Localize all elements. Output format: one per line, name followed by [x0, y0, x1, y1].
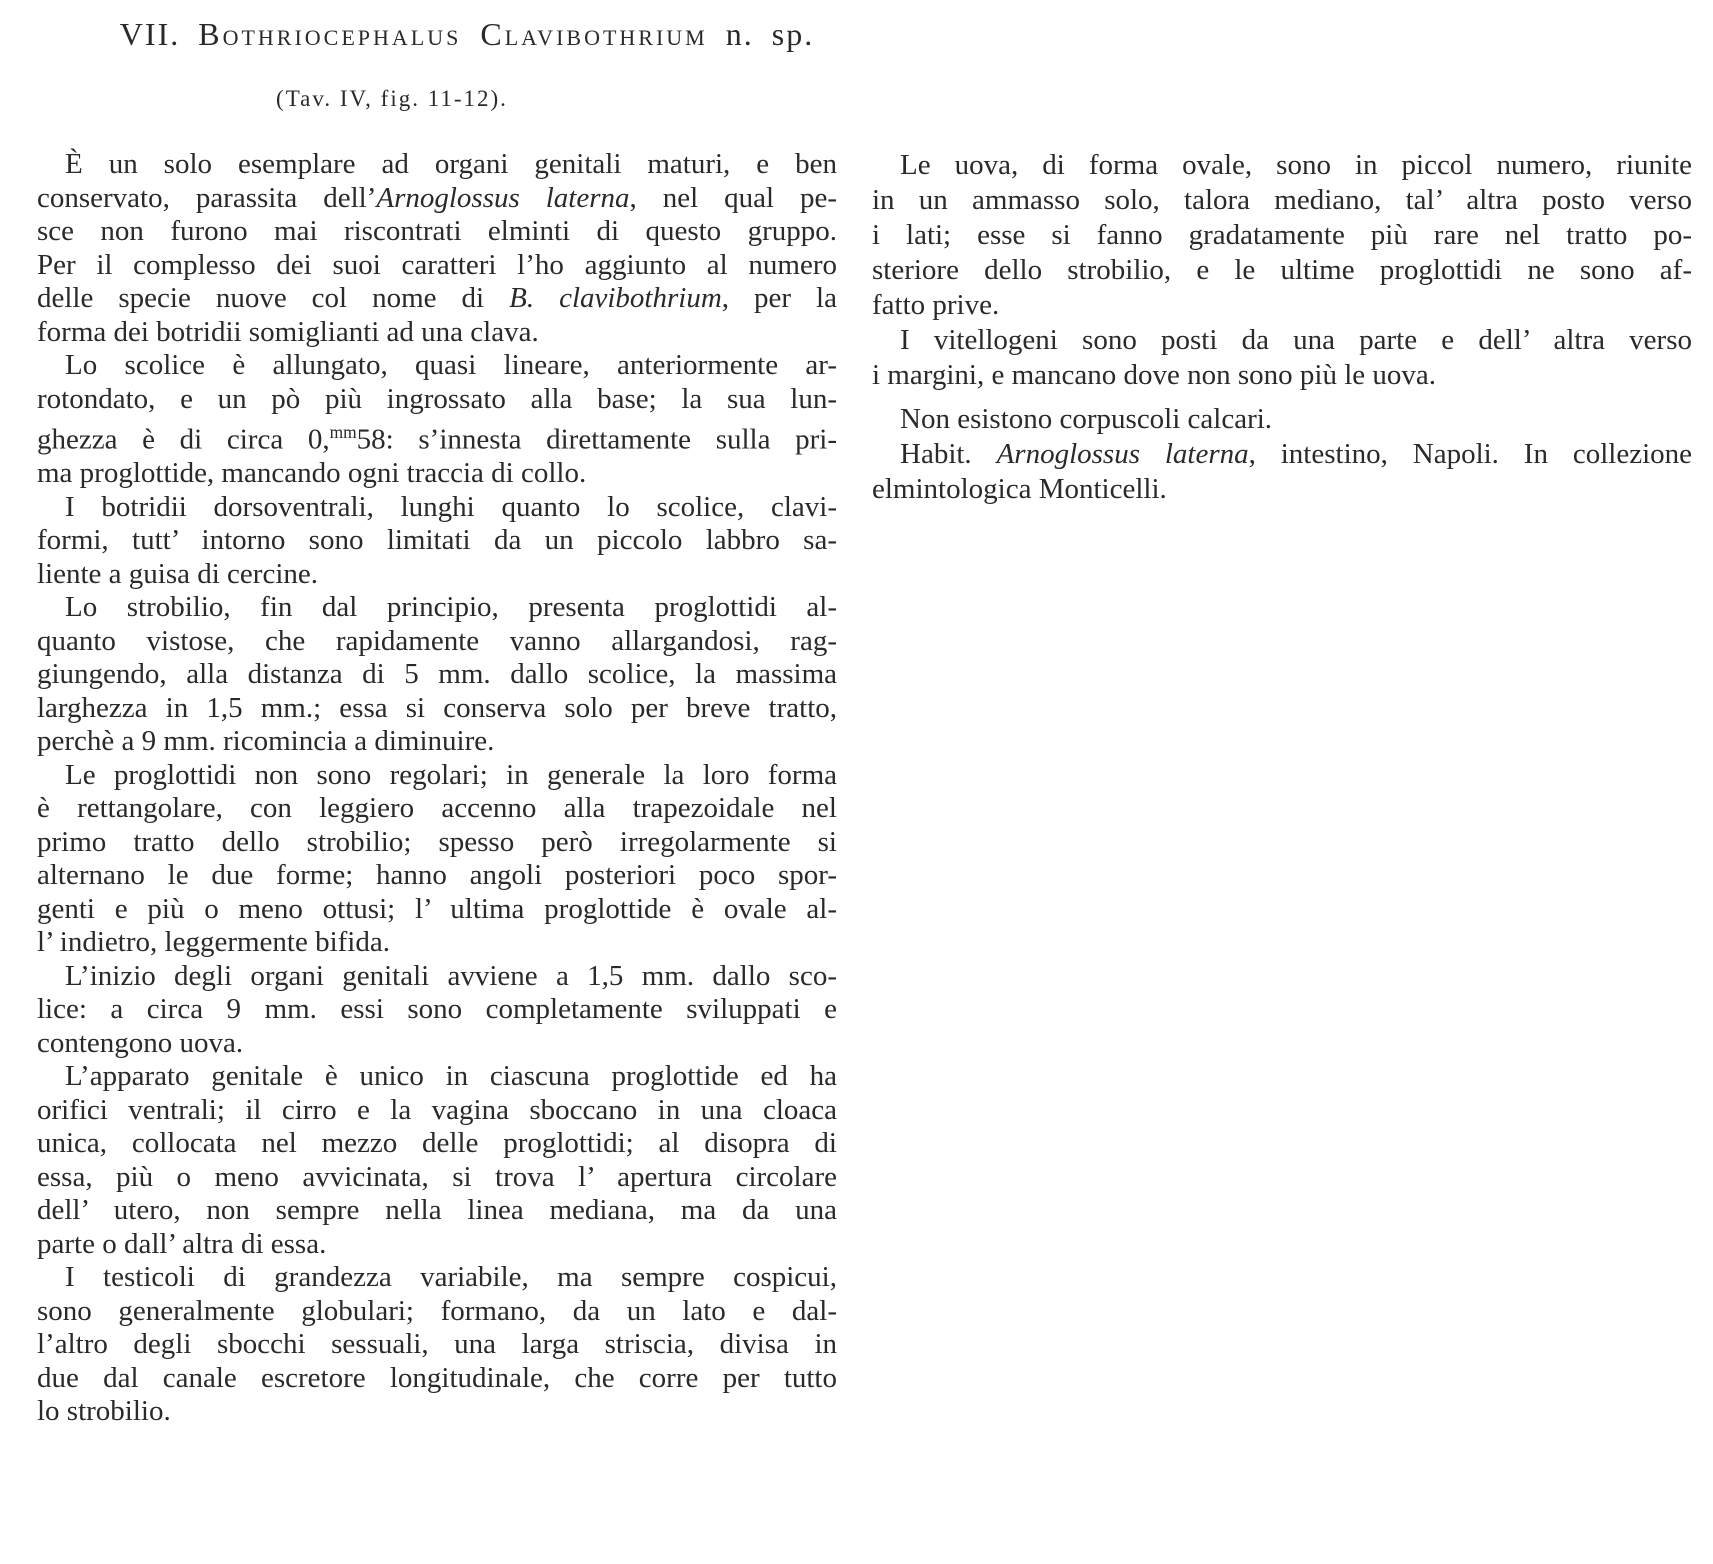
paragraph: I botridii dorsoventrali, lunghi quanto …: [37, 491, 837, 592]
text-line: giungendo, alla distanza di 5 mm. dallo …: [37, 658, 837, 692]
text-segment: alternano le due forme; hanno angoli pos…: [37, 859, 837, 891]
small-caps-taxon: Bothriocephalus Clavibothrium: [198, 16, 708, 52]
text-line: sce non furono mai riscontrati elminti d…: [37, 215, 837, 249]
paragraph: Lo scolice è allungato, quasi lineare, a…: [37, 349, 837, 491]
text-line: larghezza in 1,5 mm.; essa si conserva s…: [37, 692, 837, 726]
text-line: L’inizio degli organi genitali avviene a…: [37, 960, 837, 994]
text-line: lo strobilio.: [37, 1395, 837, 1429]
paragraph: I testicoli di grandezza variabile, ma s…: [37, 1261, 837, 1429]
text-segment: VII.: [120, 16, 198, 52]
text-line: è rettangolare, con leggiero accenno all…: [37, 792, 837, 826]
text-segment: lice: a circa 9 mm. essi sono completame…: [37, 993, 837, 1025]
text-segment: Non esistono corpuscoli calcari.: [900, 403, 1272, 435]
text-segment: , per la: [722, 282, 837, 314]
text-segment: L’apparato genitale è unico in ciascuna …: [65, 1060, 837, 1092]
text-line: alternano le due forme; hanno angoli pos…: [37, 859, 837, 893]
text-line: liente a guisa di cercine.: [37, 558, 837, 592]
text-segment: sono generalmente globulari; formano, da…: [37, 1295, 837, 1327]
text-segment: dell’ utero, non sempre nella linea medi…: [37, 1194, 837, 1226]
text-segment: giungendo, alla distanza di 5 mm. dallo …: [37, 658, 837, 690]
text-line: fatto prive.: [872, 288, 1692, 323]
text-segment: Lo strobilio, fin dal principio, present…: [65, 591, 837, 623]
text-line: formi, tutt’ intorno sono limitati da un…: [37, 524, 837, 558]
text-segment: primo tratto dello strobilio; spesso per…: [37, 826, 837, 858]
text-line: in un ammasso solo, talora mediano, tal’…: [872, 183, 1692, 218]
text-segment: I testicoli di grandezza variabile, ma s…: [65, 1261, 837, 1293]
text-segment: n. sp.: [708, 16, 814, 52]
text-segment: orifici ventrali; il cirro e la vagina s…: [37, 1094, 837, 1126]
paragraph: L’inizio degli organi genitali avviene a…: [37, 960, 837, 1061]
text-segment: genti e più o meno ottusi; l’ ultima pro…: [37, 893, 837, 925]
paragraph: Non esistono corpuscoli calcari.: [872, 402, 1692, 437]
text-segment: essa, più o meno avvicinata, si trova l’…: [37, 1161, 837, 1193]
text-line: Non esistono corpuscoli calcari.: [872, 402, 1692, 437]
text-line: I botridii dorsoventrali, lunghi quanto …: [37, 491, 837, 525]
text-segment: parte o dall’ altra di essa.: [37, 1228, 326, 1260]
text-segment: quanto vistose, che rapidamente vanno al…: [37, 625, 837, 657]
paragraph: Le proglottidi non sono regolari; in gen…: [37, 759, 837, 960]
text-line: l’altro degli sbocchi sessuali, una larg…: [37, 1328, 837, 1362]
text-line: genti e più o meno ottusi; l’ ultima pro…: [37, 893, 837, 927]
figure-reference: (Tav. IV, fig. 11-12).: [0, 86, 792, 112]
text-line: orifici ventrali; il cirro e la vagina s…: [37, 1094, 837, 1128]
text-line: perchè a 9 mm. ricomincia a diminuire.: [37, 725, 837, 759]
italic-species-name: Arnoglossus laterna: [376, 182, 629, 214]
text-segment: sce non furono mai riscontrati elminti d…: [37, 215, 837, 247]
text-line: parte o dall’ altra di essa.: [37, 1228, 837, 1262]
text-line: sono generalmente globulari; formano, da…: [37, 1295, 837, 1329]
text-line: Le proglottidi non sono regolari; in gen…: [37, 759, 837, 793]
text-segment: due dal canale escretore longitudinale, …: [37, 1362, 837, 1394]
text-line: ghezza è di circa 0,mm58: s’innesta dire…: [37, 416, 837, 457]
text-line: unica, collocata nel mezzo delle proglot…: [37, 1127, 837, 1161]
superscript-unit: mm: [330, 422, 357, 442]
paragraph: L’apparato genitale è unico in ciascuna …: [37, 1060, 837, 1261]
text-line: I vitellogeni sono posti da una parte e …: [872, 323, 1692, 358]
text-line: lice: a circa 9 mm. essi sono completame…: [37, 993, 837, 1027]
text-line: L’apparato genitale è unico in ciascuna …: [37, 1060, 837, 1094]
text-segment: L’inizio degli organi genitali avviene a…: [65, 960, 837, 992]
text-segment: I vitellogeni sono posti da una parte e …: [900, 324, 1692, 356]
text-line: È un solo esemplare ad organi genitali m…: [37, 148, 837, 182]
paragraph: I vitellogeni sono posti da una parte e …: [872, 323, 1692, 393]
text-segment: è rettangolare, con leggiero accenno all…: [37, 792, 837, 824]
paragraph: Habit. Arnoglossus laterna, intestino, N…: [872, 437, 1692, 507]
paragraph: Le uova, di forma ovale, sono in piccol …: [872, 148, 1692, 323]
text-line: contengono uova.: [37, 1027, 837, 1061]
text-segment: , nel qual pe-: [630, 182, 838, 214]
text-segment: 58: s’innesta direttamente sulla pri-: [357, 424, 837, 456]
text-segment: , intestino, Napoli. In collezione: [1249, 438, 1692, 470]
text-line: ma proglottide, mancando ogni traccia di…: [37, 457, 837, 491]
text-segment: larghezza in 1,5 mm.; essa si conserva s…: [37, 692, 837, 724]
text-line: Habit. Arnoglossus laterna, intestino, N…: [872, 437, 1692, 472]
text-segment: rotondato, e un pò più ingrossato alla b…: [37, 383, 837, 415]
text-segment: ghezza è di circa 0,: [37, 424, 330, 456]
text-line: Lo strobilio, fin dal principio, present…: [37, 591, 837, 625]
text-segment: steriore dello strobilio, e le ultime pr…: [872, 254, 1692, 286]
text-segment: Per il complesso dei suoi caratteri l’ho…: [37, 249, 837, 281]
text-segment: conservato, parassita dell’: [37, 182, 376, 214]
text-segment: elmintologica Monticelli.: [872, 473, 1167, 505]
text-line: elmintologica Monticelli.: [872, 472, 1692, 507]
text-segment: in un ammasso solo, talora mediano, tal’…: [872, 184, 1692, 216]
scanned-paper-page: VII. Bothriocephalus Clavibothrium n. sp…: [0, 0, 1713, 1564]
text-line: i lati; esse si fanno gradatamente più r…: [872, 218, 1692, 253]
section-heading: VII. Bothriocephalus Clavibothrium n. sp…: [67, 16, 867, 53]
paragraph: È un solo esemplare ad organi genitali m…: [37, 148, 837, 349]
text-segment: Habit.: [900, 438, 997, 470]
text-line: Per il complesso dei suoi caratteri l’ho…: [37, 249, 837, 283]
text-segment: liente a guisa di cercine.: [37, 558, 318, 590]
text-segment: l’ indietro, leggermente bifida.: [37, 926, 390, 958]
text-segment: contengono uova.: [37, 1027, 243, 1059]
text-segment: i margini, e mancano dove non sono più l…: [872, 359, 1436, 391]
text-segment: unica, collocata nel mezzo delle proglot…: [37, 1127, 837, 1159]
right-column: Le uova, di forma ovale, sono in piccol …: [872, 148, 1692, 507]
italic-species-name: B. clavibothrium: [509, 282, 722, 314]
text-line: dell’ utero, non sempre nella linea medi…: [37, 1194, 837, 1228]
text-line: steriore dello strobilio, e le ultime pr…: [872, 253, 1692, 288]
italic-species-name: Arnoglossus laterna: [997, 438, 1249, 470]
text-segment: l’altro degli sbocchi sessuali, una larg…: [37, 1328, 837, 1360]
text-line: rotondato, e un pò più ingrossato alla b…: [37, 383, 837, 417]
paragraph: Lo strobilio, fin dal principio, present…: [37, 591, 837, 759]
text-line: I testicoli di grandezza variabile, ma s…: [37, 1261, 837, 1295]
text-segment: Le proglottidi non sono regolari; in gen…: [65, 759, 837, 791]
text-line: due dal canale escretore longitudinale, …: [37, 1362, 837, 1396]
text-line: delle specie nuove col nome di B. clavib…: [37, 282, 837, 316]
text-segment: Le uova, di forma ovale, sono in piccol …: [900, 149, 1692, 181]
text-segment: formi, tutt’ intorno sono limitati da un…: [37, 524, 837, 556]
text-segment: fatto prive.: [872, 289, 999, 321]
text-segment: È un solo esemplare ad organi genitali m…: [65, 148, 837, 180]
text-line: Lo scolice è allungato, quasi lineare, a…: [37, 349, 837, 383]
text-line: quanto vistose, che rapidamente vanno al…: [37, 625, 837, 659]
left-column: È un solo esemplare ad organi genitali m…: [37, 148, 837, 1429]
text-segment: ma proglottide, mancando ogni traccia di…: [37, 457, 586, 489]
text-segment: perchè a 9 mm. ricomincia a diminuire.: [37, 725, 494, 757]
text-line: i margini, e mancano dove non sono più l…: [872, 358, 1692, 393]
text-segment: I botridii dorsoventrali, lunghi quanto …: [65, 491, 837, 523]
text-line: l’ indietro, leggermente bifida.: [37, 926, 837, 960]
text-line: essa, più o meno avvicinata, si trova l’…: [37, 1161, 837, 1195]
text-line: conservato, parassita dell’Arnoglossus l…: [37, 182, 837, 216]
text-segment: lo strobilio.: [37, 1395, 171, 1427]
text-segment: delle specie nuove col nome di: [37, 282, 509, 314]
text-line: primo tratto dello strobilio; spesso per…: [37, 826, 837, 860]
text-line: Le uova, di forma ovale, sono in piccol …: [872, 148, 1692, 183]
text-segment: forma dei botridii somiglianti ad una cl…: [37, 316, 539, 348]
text-line: forma dei botridii somiglianti ad una cl…: [37, 316, 837, 350]
text-segment: Lo scolice è allungato, quasi lineare, a…: [65, 349, 837, 381]
text-segment: i lati; esse si fanno gradatamente più r…: [872, 219, 1692, 251]
